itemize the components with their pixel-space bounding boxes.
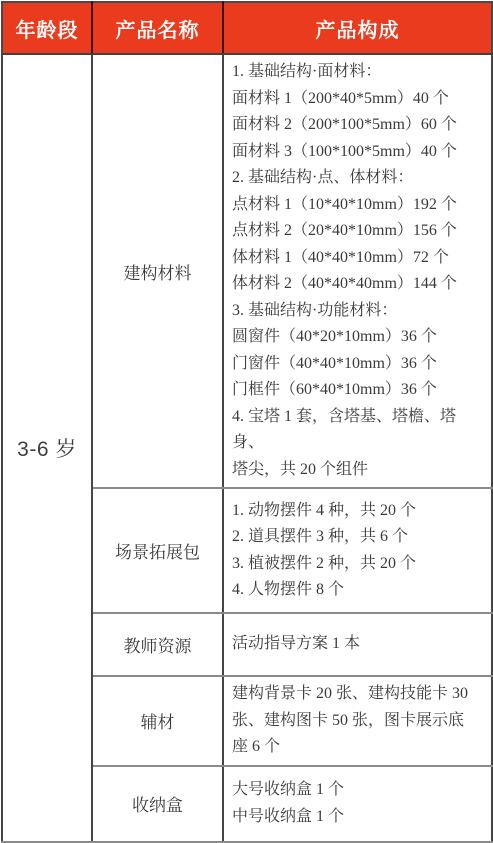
header-product-name: 产品名称	[92, 2, 223, 54]
composition-cell: 1. 基础结构·面材料： 面材料 1（200*40*5mm）40 个 面材料 2…	[223, 54, 492, 488]
age-group-cell: 3-6 岁	[2, 54, 92, 842]
table-row: 3-6 岁 建构材料 1. 基础结构·面材料： 面材料 1（200*40*5mm…	[2, 54, 492, 488]
composition-cell: 建构背景卡 20 张、建构技能卡 30 张、建构图卡 50 张，图卡展示底 座 …	[223, 676, 492, 766]
product-name-cell: 建构材料	[92, 54, 223, 488]
composition-cell: 1. 动物摆件 4 种，共 20 个 2. 道具摆件 3 种，共 6 个 3. …	[223, 488, 492, 613]
header-row: 年龄段 产品名称 产品构成	[2, 2, 492, 54]
product-name-cell: 辅材	[92, 676, 223, 766]
header-age-group: 年龄段	[2, 2, 92, 54]
composition-cell: 大号收纳盒 1 个 中号收纳盒 1 个	[223, 766, 492, 842]
product-name-cell: 场景拓展包	[92, 488, 223, 613]
product-name-cell: 收纳盒	[92, 766, 223, 842]
header-product-composition: 产品构成	[223, 2, 492, 54]
product-name-cell: 教师资源	[92, 613, 223, 676]
composition-cell: 活动指导方案 1 本	[223, 613, 492, 676]
product-spec-table: 年龄段 产品名称 产品构成 3-6 岁 建构材料 1. 基础结构·面材料： 面材…	[1, 1, 493, 843]
